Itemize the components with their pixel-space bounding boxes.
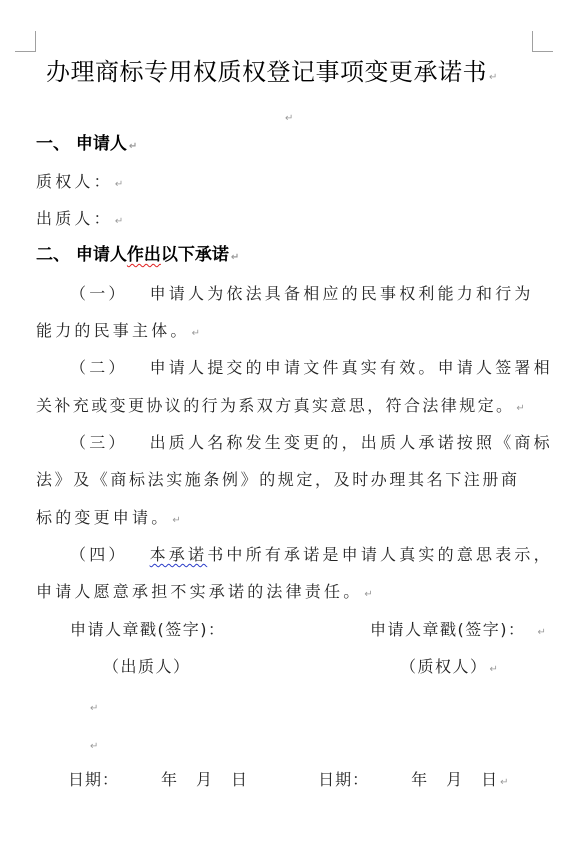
heading-text-suffix: 以下承诺 [161,245,229,265]
field-label: 质权人： [36,172,113,191]
section-heading-commitments[interactable]: 二、 申请人作出以下承诺↵ [36,247,239,264]
signature-label-pledgee[interactable]: 申请人章戳(签字)：↵ [370,622,547,638]
grammar-flagged-text[interactable]: 本承诺 [150,545,208,564]
commitment-item-3-line-3[interactable]: 标的变更申请。↵ [36,510,184,526]
commitment-item-3-line-1[interactable]: （三）出质人名称发生变更的，出质人承诺按照《商标 [70,435,553,451]
day-label-right: 日 [481,770,498,789]
day-label-left: 日 [231,770,248,789]
signature-label: 申请人章戳(签字)： [370,620,526,639]
commitment-item-3-line-2[interactable]: 法》及《商标法实施条例》的规定，及时办理其名下注册商 [36,472,520,488]
signature-label-pledgor[interactable]: 申请人章戳(签字)： [70,622,226,638]
paragraph-mark-icon: ↵ [192,328,204,339]
item-number: （一） [70,284,128,303]
paragraph-mark-icon: ↵ [90,741,98,752]
paragraph-mark-icon: ↵ [489,72,498,83]
commitment-item-4-line-1[interactable]: （四）本承诺书中所有承诺是申请人真实的意思表示， [70,547,553,563]
document-title[interactable]: 办理商标专用权质权登记事项变更承诺书↵ [46,60,498,84]
year-label-right: 年 [411,770,428,789]
paragraph-mark-icon: ↵ [364,589,376,600]
year-label-left: 年 [161,770,178,789]
signature-role-pledgor: （出质人） [103,659,191,675]
item-text: 申请人提交的申请文件真实有效。申请人签署相 [150,358,553,377]
field-label: 出质人： [36,209,113,228]
paragraph-mark-icon: ↵ [516,403,527,414]
paragraph-mark-icon: ↵ [129,141,137,152]
item-text: 出质人名称发生变更的，出质人承诺按照《商标 [150,433,553,452]
role-text: （出质人） [103,657,191,676]
heading-text: 一、 申请人 [36,134,127,154]
date-label-left: 日期： [68,770,119,789]
item-text: 书中所有承诺是申请人真实的意思表示， [207,545,553,564]
commitment-item-1-line-2[interactable]: 能力的民事主体。↵ [36,323,203,339]
item-number: （三） [70,433,128,452]
item-text: 申请人愿意承担不实承诺的法律责任。 [36,582,362,601]
empty-paragraph[interactable]: ↵ [88,698,98,714]
item-number: （四） [70,545,128,564]
page-corner-mark-top-right [532,31,553,52]
field-pledgee[interactable]: 质权人：↵ [36,174,126,190]
title-text: 办理商标专用权质权登记事项变更承诺书 [46,58,487,86]
page-corner-mark-top-left [15,31,36,52]
commitment-item-1-line-1[interactable]: （一）申请人为依法具备相应的民事权利能力和行为 [70,286,534,302]
section-heading-applicant[interactable]: 一、 申请人↵ [36,136,137,153]
signature-label: 申请人章戳(签字)： [70,620,226,639]
paragraph-mark-icon: ↵ [172,515,184,526]
empty-paragraph[interactable]: ↵ [88,736,98,752]
item-text: 标的变更申请。 [36,508,170,527]
role-text: （质权人） [400,657,488,676]
signature-role-pledgee[interactable]: （质权人）↵ [400,659,499,675]
commitment-item-4-line-2[interactable]: 申请人愿意承担不实承诺的法律责任。↵ [36,584,376,600]
spelling-flagged-text[interactable]: 作出 [127,245,161,265]
paragraph-mark-icon: ↵ [285,113,293,124]
paragraph-mark-icon: ↵ [231,252,239,263]
empty-paragraph[interactable]: ↵ [283,108,293,124]
date-line[interactable]: 日期：年月日日期：年月日↵ [68,772,510,788]
paragraph-mark-icon: ↵ [500,777,509,788]
paragraph-mark-icon: ↵ [490,664,500,675]
item-text: 申请人为依法具备相应的民事权利能力和行为 [150,284,534,303]
item-text: 能力的民事主体。 [36,321,190,340]
field-pledgor[interactable]: 出质人：↵ [36,211,126,227]
item-text: 关补充或变更协议的行为系双方真实意思，符合法律规定。 [36,396,514,415]
paragraph-mark-icon: ↵ [115,216,127,227]
paragraph-mark-icon: ↵ [90,703,98,714]
item-text: 法》及《商标法实施条例》的规定，及时办理其名下注册商 [36,470,520,489]
paragraph-mark-icon: ↵ [115,179,127,190]
item-number: （二） [70,358,128,377]
date-label-right: 日期： [318,770,369,789]
paragraph-mark-icon: ↵ [538,627,548,638]
commitment-item-2-line-2[interactable]: 关补充或变更协议的行为系双方真实意思，符合法律规定。↵ [36,398,527,414]
commitment-item-2-line-1[interactable]: （二）申请人提交的申请文件真实有效。申请人签署相 [70,360,553,376]
month-label-left: 月 [196,770,213,789]
month-label-right: 月 [446,770,463,789]
heading-text-prefix: 二、 申请人 [36,245,127,265]
